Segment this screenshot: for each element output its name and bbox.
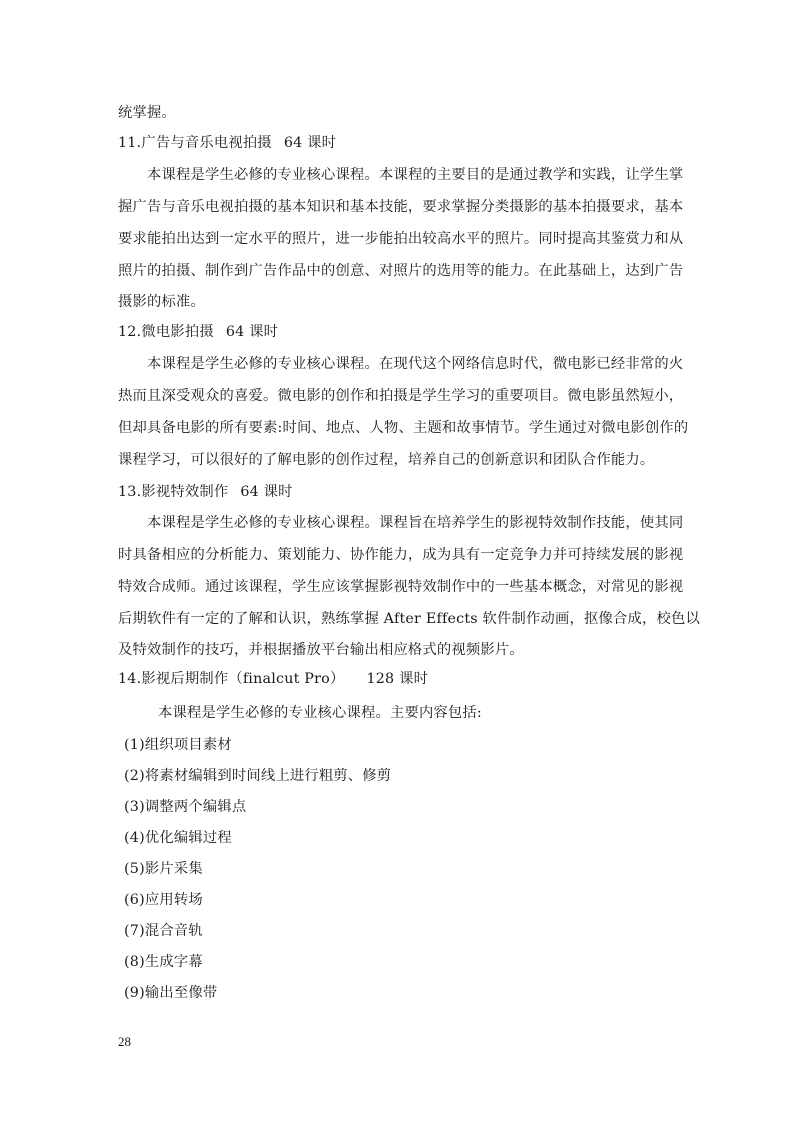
- page-number: 28: [118, 1034, 131, 1050]
- document-page: 统掌握。 11.广告与音乐电视拍摄64 课时 本课程是学生必修的专业核心课程。本…: [0, 0, 800, 1131]
- section-hours: 64 课时: [284, 135, 336, 151]
- paragraph-line: 及特效制作的技巧，并根据播放平台输出相应格式的视频影片。: [118, 640, 670, 660]
- section-title: 14.影视后期制作（finalcut Pro）: [118, 671, 344, 687]
- section-heading-13: 13.影视特效制作64 课时: [118, 482, 670, 502]
- continuation-text: 统掌握。: [118, 103, 670, 123]
- paragraph-line: 课程学习，可以很好的了解电影的创作过程，培养自己的创新意识和团队合作能力。: [118, 450, 670, 470]
- section-title: 11.广告与音乐电视拍摄: [118, 135, 272, 151]
- section-title: 13.影视特效制作: [118, 484, 228, 500]
- list-item: (4)优化编辑过程: [124, 828, 676, 848]
- paragraph-line: 本课程是学生必修的专业核心课程。本课程的主要目的是通过教学和实践，让学生掌: [118, 165, 670, 185]
- paragraph-line: 本课程是学生必修的专业核心课程。课程旨在培养学生的影视特效制作技能，使其同: [118, 513, 670, 533]
- list-item: (5)影片采集: [124, 859, 676, 879]
- paragraph-line: 后期软件有一定的了解和认识，熟练掌握 After Effects 软件制作动画，…: [118, 609, 670, 629]
- paragraph-line: 本课程是学生必修的专业核心课程。主要内容包括:: [158, 703, 710, 723]
- list-item: (6)应用转场: [124, 890, 676, 910]
- list-item: (7)混合音轨: [124, 921, 676, 941]
- paragraph-line: 但却具备电影的所有要素:时间、地点、人物、主题和故事情节。学生通过对微电影创作的: [118, 418, 670, 438]
- section-heading-12: 12.微电影拍摄64 课时: [118, 322, 670, 342]
- paragraph-line: 本课程是学生必修的专业核心课程。在现代这个网络信息时代，微电影已经非常的火: [118, 354, 670, 374]
- list-item: (3)调整两个编辑点: [124, 797, 676, 817]
- paragraph-line: 握广告与音乐电视拍摄的基本知识和基本技能，要求掌握分类摄影的基本拍摄要求，基本: [118, 197, 670, 217]
- paragraph-line: 摄影的标准。: [118, 292, 670, 312]
- list-item: (8)生成字幕: [124, 952, 676, 972]
- list-item: (2)将素材编辑到时间线上进行粗剪、修剪: [124, 766, 676, 786]
- section-heading-14: 14.影视后期制作（finalcut Pro）128 课时: [118, 669, 670, 689]
- section-heading-11: 11.广告与音乐电视拍摄64 课时: [118, 133, 670, 153]
- section-title: 12.微电影拍摄: [118, 324, 214, 340]
- paragraph-line: 照片的拍摄、制作到广告作品中的创意、对照片的选用等的能力。在此基础上，达到广告: [118, 261, 670, 281]
- list-item: (1)组织项目素材: [124, 735, 676, 755]
- section-hours: 64 课时: [240, 484, 292, 500]
- paragraph-line: 要求能拍出达到一定水平的照片，进一步能拍出较高水平的照片。同时提高其鉴赏力和从: [118, 229, 670, 249]
- paragraph-line: 热而且深受观众的喜爱。微电影的创作和拍摄是学生学习的重要项目。微电影虽然短小，: [118, 386, 670, 406]
- section-hours: 128 课时: [366, 671, 428, 687]
- paragraph-line: 特效合成师。通过该课程，学生应该掌握影视特效制作中的一些基本概念，对常见的影视: [118, 577, 670, 597]
- list-item: (9)输出至像带: [124, 983, 676, 1003]
- paragraph-line: 时具备相应的分析能力、策划能力、协作能力，成为具有一定竞争力并可持续发展的影视: [118, 545, 670, 565]
- section-hours: 64 课时: [226, 324, 278, 340]
